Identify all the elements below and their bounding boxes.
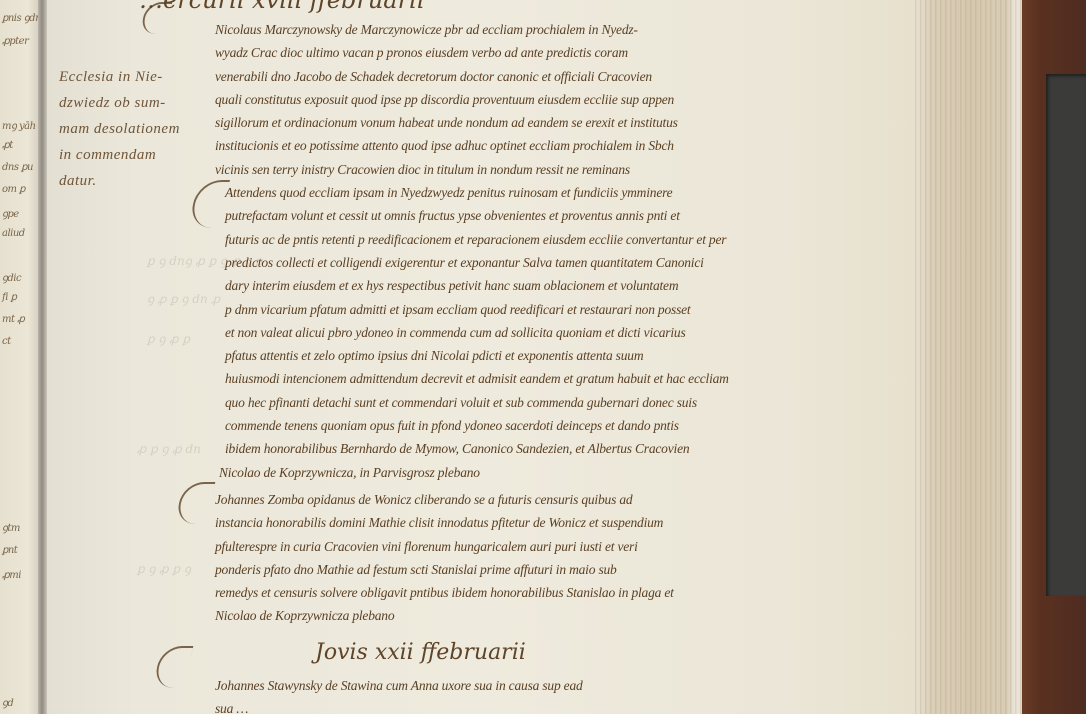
previous-page-text: ꝯtm [2, 520, 20, 534]
text-line: Johannes Zomba opidanus de Wonicz cliber… [215, 488, 674, 511]
margin-note-line: dzwiedz ob sum- [59, 90, 224, 116]
previous-page-text: mt ꝓ [2, 314, 24, 325]
previous-page-text: ꝯdic [2, 270, 21, 284]
show-through-text: ꝑ ꝯ ꝓ ꝑ ꝯ [137, 560, 191, 577]
margin-note-line: mam desolationem [59, 116, 224, 142]
text-line: et non valeat alicui pbro ydoneo in comm… [215, 321, 729, 344]
text-line: venerabili dno Jacobo de Schadek decreto… [215, 65, 729, 88]
text-line: huiusmodi intencionem admittendum decrev… [215, 367, 729, 390]
entry-johannes-zomba: Johannes Zomba opidanus de Wonicz cliber… [215, 488, 674, 628]
previous-page-text: ꝓpter [2, 36, 28, 47]
show-through-text: ꝯ ꝓ ꝑ ꝯ dn ꝓ [147, 290, 220, 307]
entry-nicolaus: Nicolaus Marczynowsky de Marczynowicze p… [215, 18, 729, 484]
manuscript-page: ꝑ ꝯ dnꝯ ꝓ ꝑ ꝯ ꝓ ꝯ ꝑ ꝯ ꝓ ꝑ ꝯ dn ꝓ ꝑ ꝯ ꝓ ꝑ… [47, 0, 919, 714]
text-line: institucionis et eo potissime attento qu… [215, 134, 729, 157]
previous-page-text: ꝯd [2, 695, 13, 709]
paragraph-mark [175, 482, 216, 524]
text-line: futuris ac de pntis retenti p reedificac… [215, 228, 729, 251]
text-line: remedys et censuris solvere obligavit pn… [215, 581, 674, 604]
previous-page-text: mꝯ yāh [2, 118, 36, 132]
previous-page-text: aliud [2, 228, 25, 239]
text-line: dary interim eiusdem et ex hys respectib… [215, 274, 729, 297]
text-line: Nicolaus Marczynowsky de Marczynowicze p… [215, 18, 729, 41]
show-through-text: ꝓ ꝑ ꝯ ꝓ dn [137, 440, 201, 457]
text-line: wyadz Crac dioc ultimo vacan p pronos ei… [215, 41, 729, 64]
margin-note: Ecclesia in Nie- dzwiedz ob sum- mam des… [59, 64, 224, 194]
margin-note-line: in commendam [59, 142, 224, 168]
text-line: Attendens quod eccliam ipsam in Nyedzwye… [215, 181, 729, 204]
text-line: Nicolao de Koprzywnicza plebano [215, 604, 674, 627]
text-line: ponderis pfato dno Mathie ad festum scti… [215, 558, 674, 581]
text-line: vicinis sen terry inistry Cracowien dioc… [215, 158, 729, 181]
text-line: Nicolao de Koprzywnicza, in Parvisgrosz … [215, 461, 729, 484]
page-edges [915, 0, 1023, 714]
book-gutter [38, 0, 47, 714]
text-line: putrefactam volunt et cessit ut omnis fr… [215, 204, 729, 227]
margin-note-line: Ecclesia in Nie- [59, 64, 224, 90]
text-line: quo hec pfinanti detachi sunt et commend… [215, 391, 729, 414]
previous-page-text: dns ꝑu [2, 162, 33, 173]
entry-johannes-stawynsky: Johannes Stawynsky de Stawina cum Anna u… [215, 674, 583, 714]
text-line: quali constitutus exposuit quod ipse pp … [215, 88, 729, 111]
date-heading: Jovis xxii ffebruarii [315, 640, 526, 665]
previous-page-text: ꝑnt [2, 545, 17, 556]
binding-panel [1046, 74, 1086, 596]
text-line: Johannes Stawynsky de Stawina cum Anna u… [215, 674, 583, 697]
text-line: pfulterespre in curia Cracovien vini flo… [215, 535, 674, 558]
show-through-text: ꝑ ꝯ ꝓ ꝑ [147, 330, 190, 347]
previous-page-text: fi ꝑ [2, 292, 16, 303]
text-line: sua … [215, 697, 583, 714]
previous-page-text: ct [2, 336, 11, 347]
previous-page-text: ꝑnis ꝯdn [2, 10, 40, 24]
text-line: p dnm vicarium pfatum admitti et ipsam e… [215, 298, 729, 321]
text-line: instancia honorabilis domini Mathie clis… [215, 511, 674, 534]
text-line: pfatus attentis et zelo optimo ipsius dn… [215, 344, 729, 367]
previous-page-text: ꝯpe [2, 206, 19, 220]
previous-page-text: ꝓmi [2, 570, 21, 581]
text-line: sigillorum et ordinacionum vonum habeat … [215, 111, 729, 134]
paragraph-mark [153, 646, 194, 688]
text-line: predictos collecti et colligendi exigere… [215, 251, 729, 274]
previous-page-strip: ꝑnis ꝯdn ꝓpter mꝯ yāh ꝓt dns ꝑu om ꝑ ꝯpe… [0, 0, 40, 714]
text-line: commende tenens quoniam opus fuit in pfo… [215, 414, 729, 437]
previous-page-text: om ꝑ [2, 184, 25, 195]
previous-page-text: ꝓt [2, 140, 13, 151]
text-line: ibidem honorabilibus Bernhardo de Mymow,… [215, 437, 729, 460]
date-heading: …ercurii xviii ffebruarii [139, 0, 424, 14]
